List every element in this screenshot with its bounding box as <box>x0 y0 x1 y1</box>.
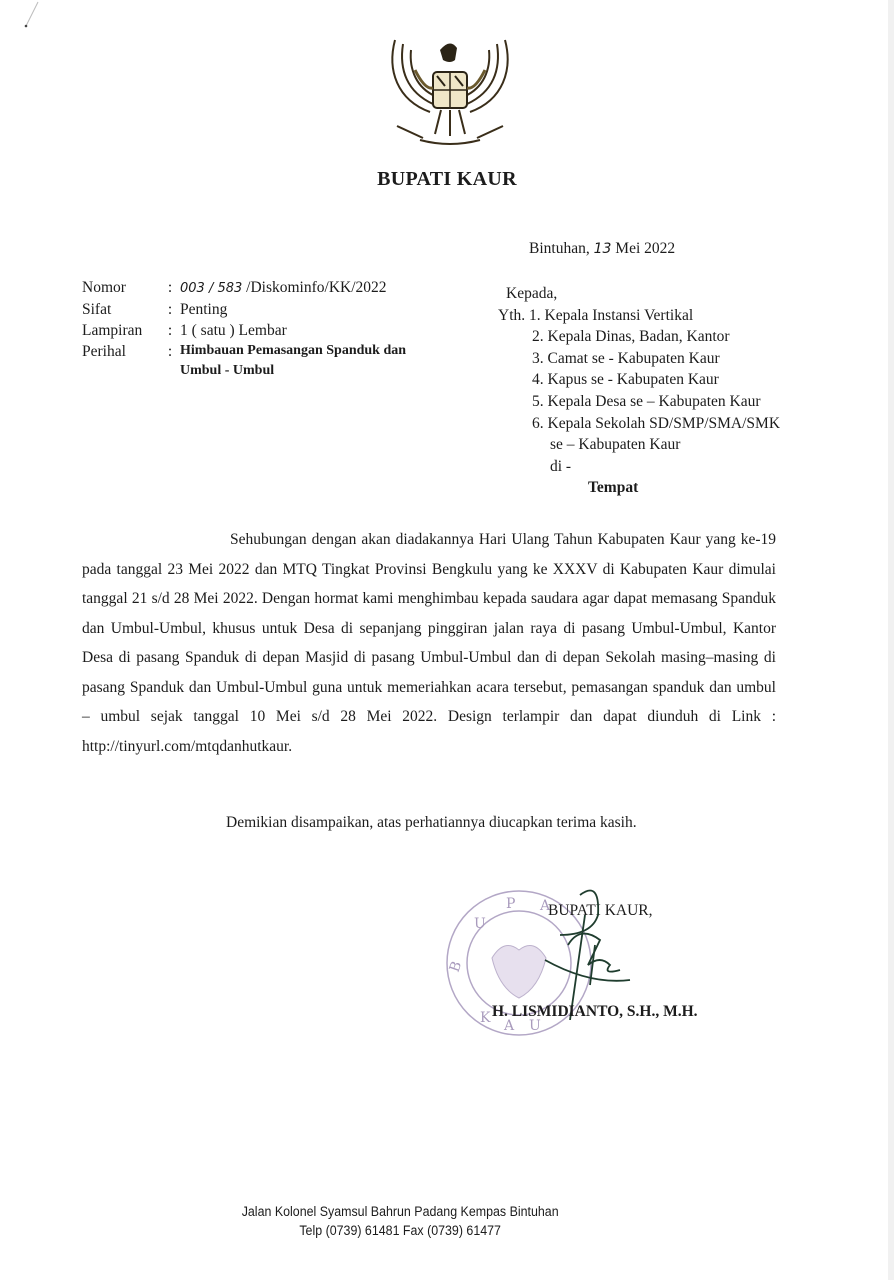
garuda-emblem-icon <box>385 30 515 148</box>
footer-contact: Telp (0739) 61481 Fax (0739) 61477 <box>32 1221 768 1240</box>
recipient-item-cont: se – Kabupaten Kaur <box>498 434 780 456</box>
closing-line: Demikian disampaikan, atas perhatiannya … <box>226 814 637 832</box>
body-paragraph: Sehubungan dengan akan diadakannya Hari … <box>82 525 776 761</box>
scan-mark-icon <box>22 0 52 30</box>
perihal-subject: Himbauan Pemasangan Spanduk dan Umbul - … <box>180 341 430 381</box>
kepada-label: Kepada, <box>498 283 780 305</box>
page-edge <box>888 0 894 1280</box>
meta-lampiran: Lampiran : 1 ( satu ) Lembar <box>82 320 430 341</box>
date-place: Bintuhan, <box>529 240 590 257</box>
nomor-handwritten: 003 / 583 <box>180 281 242 296</box>
svg-text:K: K <box>480 1010 491 1026</box>
letter-body: Sehubungan dengan akan diadakannya Hari … <box>82 525 776 761</box>
handwritten-signature-icon <box>540 885 650 1020</box>
recipient-item: Yth. 1. Kepala Instansi Vertikal <box>498 305 780 327</box>
meta-nomor: Nomor : 003 / 583 /Diskominfo/KK/2022 <box>82 277 430 299</box>
meta-perihal: Perihal : Himbauan Pemasangan Spanduk da… <box>82 341 430 381</box>
letter-date: Bintuhan, 13 Mei 2022 <box>529 240 675 258</box>
footer-address: Jalan Kolonel Syamsul Bahrun Padang Kemp… <box>32 1202 768 1221</box>
recipient-item: 4. Kapus se - Kabupaten Kaur <box>498 369 780 391</box>
letterhead-title: BUPATI KAUR <box>0 168 894 191</box>
svg-text:B: B <box>447 959 466 974</box>
recipient-item: 5. Kepala Desa se – Kabupaten Kaur <box>498 391 780 413</box>
di-label: di - <box>498 456 780 478</box>
recipient-block: Kepada, Yth. 1. Kepala Instansi Vertikal… <box>498 283 780 499</box>
letter-meta: Nomor : 003 / 583 /Diskominfo/KK/2022 Si… <box>82 277 430 381</box>
signatory-name: H. LISMIDIANTO, S.H., M.H. <box>492 1003 698 1021</box>
recipient-item: 2. Kepala Dinas, Badan, Kantor <box>498 326 780 348</box>
date-day-handwritten: 13 <box>594 241 612 257</box>
date-month-year: Mei 2022 <box>615 240 675 257</box>
recipient-item: 6. Kepala Sekolah SD/SMP/SMA/SMK <box>498 413 780 435</box>
tempat-label: Tempat <box>498 477 780 499</box>
svg-text:U: U <box>474 916 486 932</box>
svg-text:P: P <box>506 896 515 912</box>
recipient-item: 3. Camat se - Kabupaten Kaur <box>498 348 780 370</box>
letter-footer: Jalan Kolonel Syamsul Bahrun Padang Kemp… <box>32 1202 768 1240</box>
meta-sifat: Sifat : Penting <box>82 299 430 320</box>
